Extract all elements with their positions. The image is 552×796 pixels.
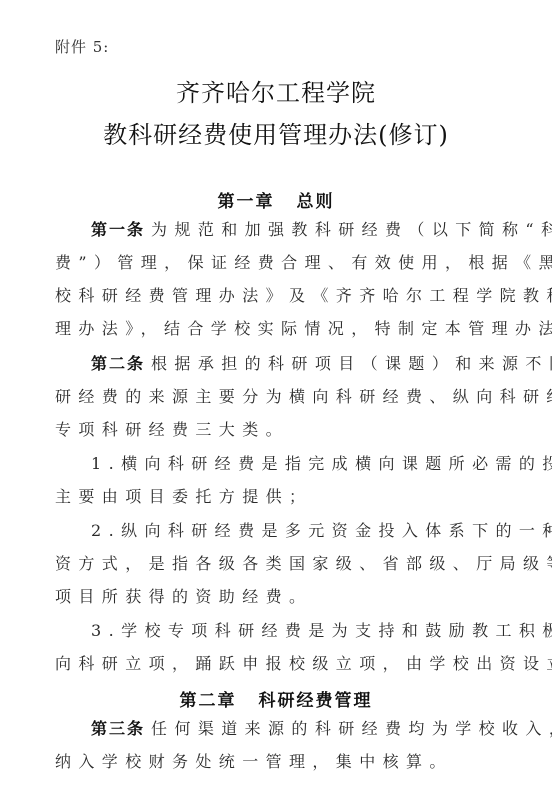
article-label: 第二条: [91, 354, 145, 373]
article-1-line-4: 理办法》，结合学校实际情况，特制定本管理办法。: [55, 318, 525, 340]
article-1-line-2: 费”）管理，保证经费合理、有效使用，根据《黑龙江省高: [55, 252, 525, 274]
item-1-line-1: 1.横向科研经费是指完成横向课题所必需的投入资金，: [91, 453, 552, 475]
article-2-line-2: 研经费的来源主要分为横向科研经费、纵向科研经费、学校: [55, 386, 525, 408]
chapter-2-heading: 第二章科研经费管理: [0, 686, 552, 711]
chapter-number: 第一章: [218, 192, 275, 212]
article-text: 为规范和加强教科研经费（以下简称“科研经: [151, 220, 552, 239]
item-2-line-1: 2.纵向科研经费是多元资金投入体系下的一种国家投: [91, 520, 552, 542]
document-title-institution: 齐齐哈尔工程学院: [0, 73, 552, 108]
attachment-label: 附件 5:: [55, 36, 109, 57]
item-1-line-2: 主要由项目委托方提供；: [55, 486, 525, 508]
document-title-regulation: 教科研经费使用管理办法(修订): [0, 115, 552, 150]
item-2-line-3: 项目所获得的资助经费。: [55, 586, 525, 608]
article-label: 第一条: [91, 220, 145, 239]
item-3-line-1: 3.学校专项科研经费是为支持和鼓励教工积极争取纵: [91, 620, 552, 642]
item-3-line-2: 向科研立项，踊跃申报校级立项，由学校出资设立的。: [55, 653, 525, 675]
article-3-line-1: 第三条任何渠道来源的科研经费均为学校收入，必须: [91, 718, 552, 740]
article-text: 任何渠道来源的科研经费均为学校收入，必须: [151, 719, 552, 738]
article-1-line-1: 第一条为规范和加强教科研经费（以下简称“科研经: [91, 219, 552, 241]
chapter-name: 总则: [297, 192, 335, 212]
item-2-line-2: 资方式，是指各级各类国家级、省部级、厅局级等纵向科研: [55, 553, 525, 575]
article-1-line-3: 校科研经费管理办法》及《齐齐哈尔工程学院教科研工作管: [55, 285, 525, 307]
chapter-name: 科研经费管理: [259, 691, 373, 711]
article-2-line-1: 第二条根据承担的科研项目（课题）和来源不同，科: [91, 353, 552, 375]
article-label: 第三条: [91, 719, 145, 738]
article-3-line-2: 纳入学校财务处统一管理，集中核算。: [55, 751, 525, 773]
chapter-1-heading: 第一章总则: [0, 187, 552, 212]
article-2-line-3: 专项科研经费三大类。: [55, 419, 525, 441]
article-text: 根据承担的科研项目（课题）和来源不同，科: [151, 354, 552, 373]
chapter-number: 第二章: [180, 691, 237, 711]
